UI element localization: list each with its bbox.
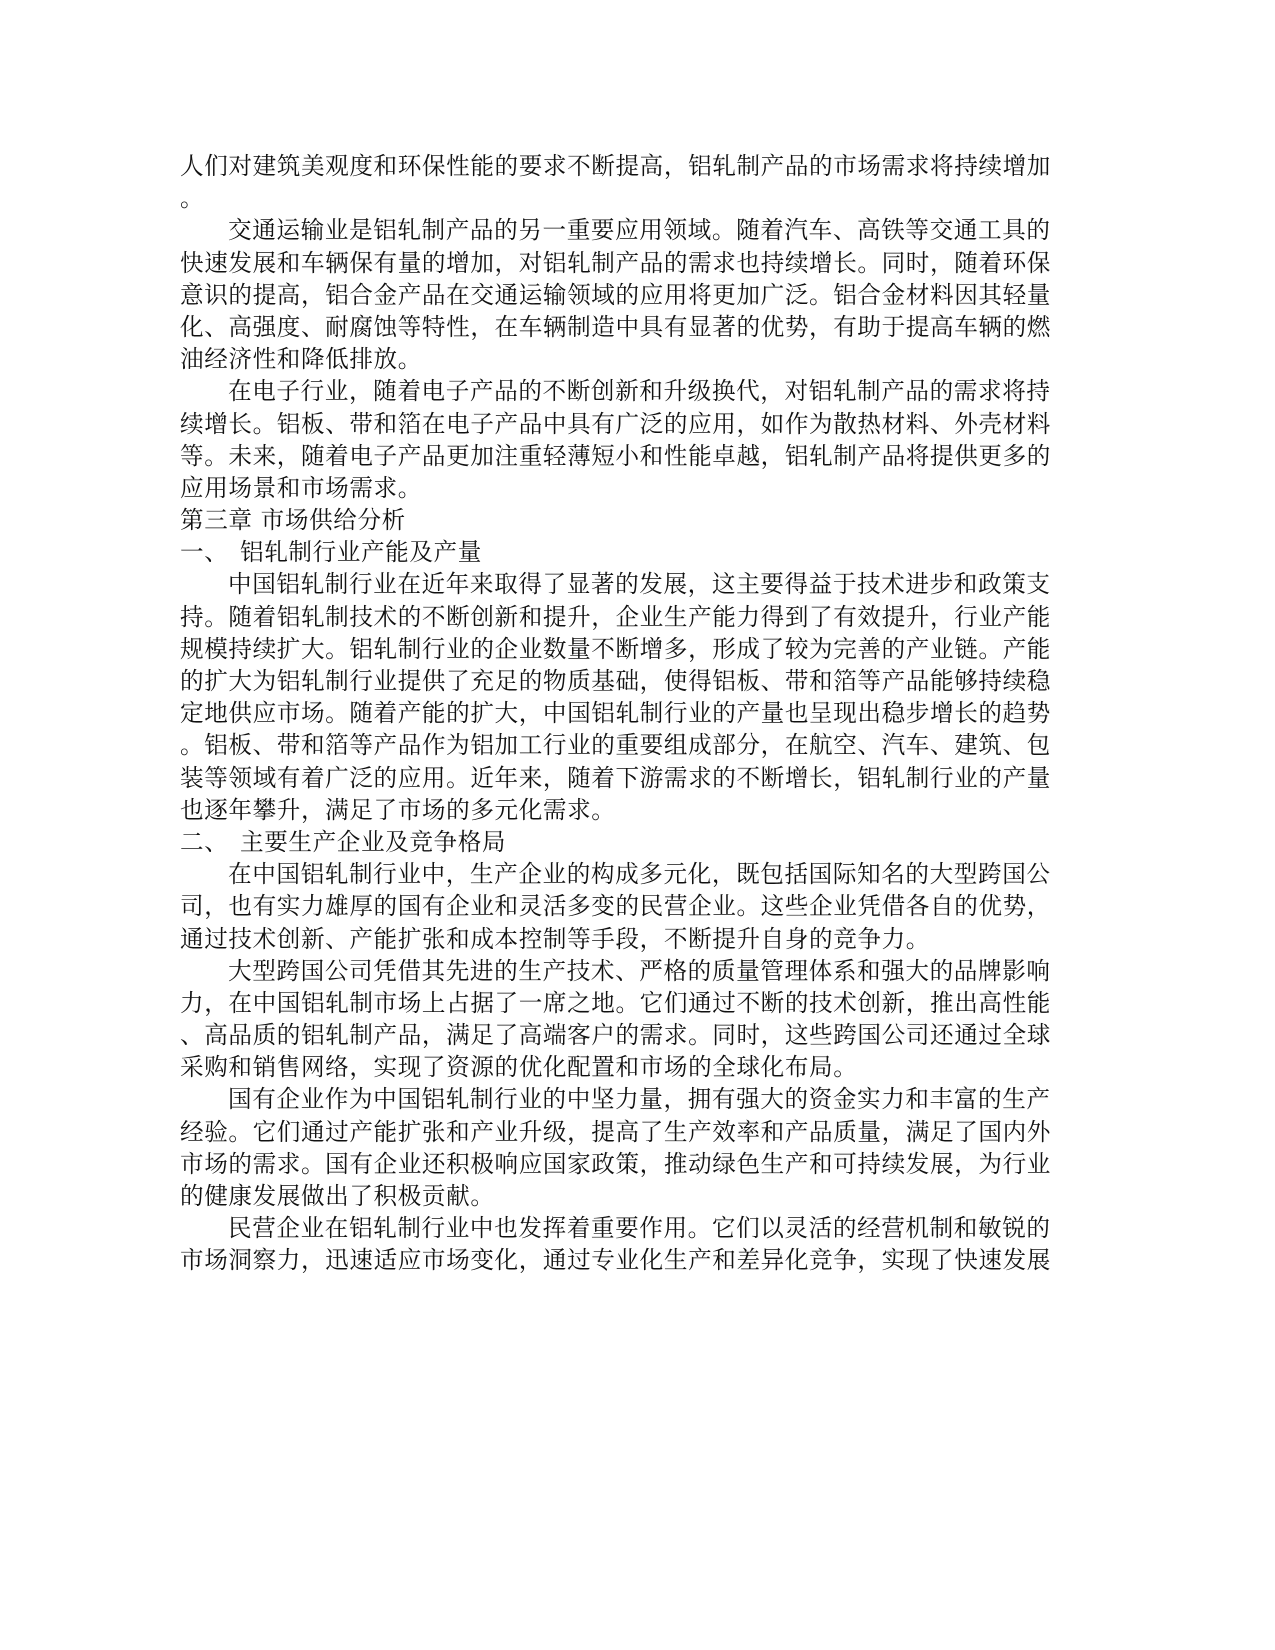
chapter-heading: 第三章 市场供给分析: [180, 504, 1050, 536]
paragraph-state-owned: 国有企业作为中国铝轧制行业的中坚力量，拥有强大的资金实力和丰富的生产 经验。它们…: [180, 1083, 1050, 1212]
text-line: 力，在中国铝轧制市场上占据了一席之地。它们通过不断的技术创新，推出高性能: [180, 987, 1050, 1019]
text-line: 快速发展和车辆保有量的增加，对铝轧制产品的需求也持续增长。同时，随着环保: [180, 247, 1050, 279]
text-line: 经验。它们通过产能扩张和产业升级，提高了生产效率和产品质量，满足了国内外: [180, 1116, 1050, 1148]
text-line: 在电子行业，随着电子产品的不断创新和升级换代，对铝轧制产品的需求将持: [180, 375, 1050, 407]
text-line: 等。未来，随着电子产品更加注重轻薄短小和性能卓越，铝轧制产品将提供更多的: [180, 440, 1050, 472]
document-page: 人们对建筑美观度和环保性能的要求不断提高，铝轧制产品的市场需求将持续增加 。 交…: [180, 150, 1050, 1277]
paragraph-private-enterprises: 民营企业在铝轧制行业中也发挥着重要作用。它们以灵活的经营机制和敏锐的 市场洞察力…: [180, 1212, 1050, 1276]
text-line: 中国铝轧制行业在近年来取得了显著的发展，这主要得益于技术进步和政策支: [180, 568, 1050, 600]
text-line: 化、高强度、耐腐蚀等特性，在车辆制造中具有显著的优势，有助于提高车辆的燃: [180, 311, 1050, 343]
text-line: 市场洞察力，迅速适应市场变化，通过专业化生产和差异化竞争，实现了快速发展: [180, 1244, 1050, 1276]
paragraph-enterprise-composition: 在中国铝轧制行业中，生产企业的构成多元化，既包括国际知名的大型跨国公 司，也有实…: [180, 858, 1050, 955]
section-title: 铝轧制行业产能及产量: [240, 538, 482, 566]
text-line: 装等领域有着广泛的应用。近年来，随着下游需求的不断增长，铝轧制行业的产量: [180, 762, 1050, 794]
text-line: 持。随着铝轧制技术的不断创新和提升，企业生产能力得到了有效提升，行业产能: [180, 601, 1050, 633]
section-title: 主要生产企业及竞争格局: [240, 828, 506, 856]
paragraph-continuation: 人们对建筑美观度和环保性能的要求不断提高，铝轧制产品的市场需求将持续增加 。: [180, 150, 1050, 214]
text-line: 市场的需求。国有企业还积极响应国家政策，推动绿色生产和可持续发展，为行业: [180, 1148, 1050, 1180]
text-line: 司，也有实力雄厚的国有企业和灵活多变的民营企业。这些企业凭借各自的优势，: [180, 890, 1050, 922]
paragraph-electronics: 在电子行业，随着电子产品的不断创新和升级换代，对铝轧制产品的需求将持 续增长。铝…: [180, 375, 1050, 504]
text-line: 定地供应市场。随着产能的扩大，中国铝轧制行业的产量也呈现出稳步增长的趋势: [180, 697, 1050, 729]
section-number: 二、: [180, 826, 240, 858]
text-line: 人们对建筑美观度和环保性能的要求不断提高，铝轧制产品的市场需求将持续增加: [180, 150, 1050, 182]
text-line: 续增长。铝板、带和箔在电子产品中具有广泛的应用，如作为散热材料、外壳材料: [180, 408, 1050, 440]
text-line: 的扩大为铝轧制行业提供了充足的物质基础，使得铝板、带和箔等产品能够持续稳: [180, 665, 1050, 697]
text-line: 通过技术创新、产能扩张和成本控制等手段，不断提升自身的竞争力。: [180, 923, 1050, 955]
text-line: 采购和销售网络，实现了资源的优化配置和市场的全球化布局。: [180, 1051, 1050, 1083]
text-line: 规模持续扩大。铝轧制行业的企业数量不断增多，形成了较为完善的产业链。产能: [180, 633, 1050, 665]
text-line: 的健康发展做出了积极贡献。: [180, 1180, 1050, 1212]
text-line: 国有企业作为中国铝轧制行业的中坚力量，拥有强大的资金实力和丰富的生产: [180, 1083, 1050, 1115]
text-line: 。铝板、带和箔等产品作为铝加工行业的重要组成部分，在航空、汽车、建筑、包: [180, 729, 1050, 761]
paragraph-transportation: 交通运输业是铝轧制产品的另一重要应用领域。随着汽车、高铁等交通工具的 快速发展和…: [180, 214, 1050, 375]
text-line: 意识的提高，铝合金产品在交通运输领域的应用将更加广泛。铝合金材料因其轻量: [180, 279, 1050, 311]
section-heading-capacity: 一、铝轧制行业产能及产量: [180, 536, 1050, 568]
section-heading-competition: 二、主要生产企业及竞争格局: [180, 826, 1050, 858]
text-line: 民营企业在铝轧制行业中也发挥着重要作用。它们以灵活的经营机制和敏锐的: [180, 1212, 1050, 1244]
text-line: 在中国铝轧制行业中，生产企业的构成多元化，既包括国际知名的大型跨国公: [180, 858, 1050, 890]
text-line: 交通运输业是铝轧制产品的另一重要应用领域。随着汽车、高铁等交通工具的: [180, 214, 1050, 246]
text-line: 大型跨国公司凭借其先进的生产技术、严格的质量管理体系和强大的品牌影响: [180, 955, 1050, 987]
text-line: 也逐年攀升，满足了市场的多元化需求。: [180, 794, 1050, 826]
text-line: 油经济性和降低排放。: [180, 343, 1050, 375]
text-line: 、高品质的铝轧制产品，满足了高端客户的需求。同时，这些跨国公司还通过全球: [180, 1019, 1050, 1051]
text-line: 应用场景和市场需求。: [180, 472, 1050, 504]
paragraph-multinationals: 大型跨国公司凭借其先进的生产技术、严格的质量管理体系和强大的品牌影响 力，在中国…: [180, 955, 1050, 1084]
paragraph-capacity: 中国铝轧制行业在近年来取得了显著的发展，这主要得益于技术进步和政策支 持。随着铝…: [180, 568, 1050, 826]
text-line: 。: [180, 182, 1050, 214]
section-number: 一、: [180, 536, 240, 568]
